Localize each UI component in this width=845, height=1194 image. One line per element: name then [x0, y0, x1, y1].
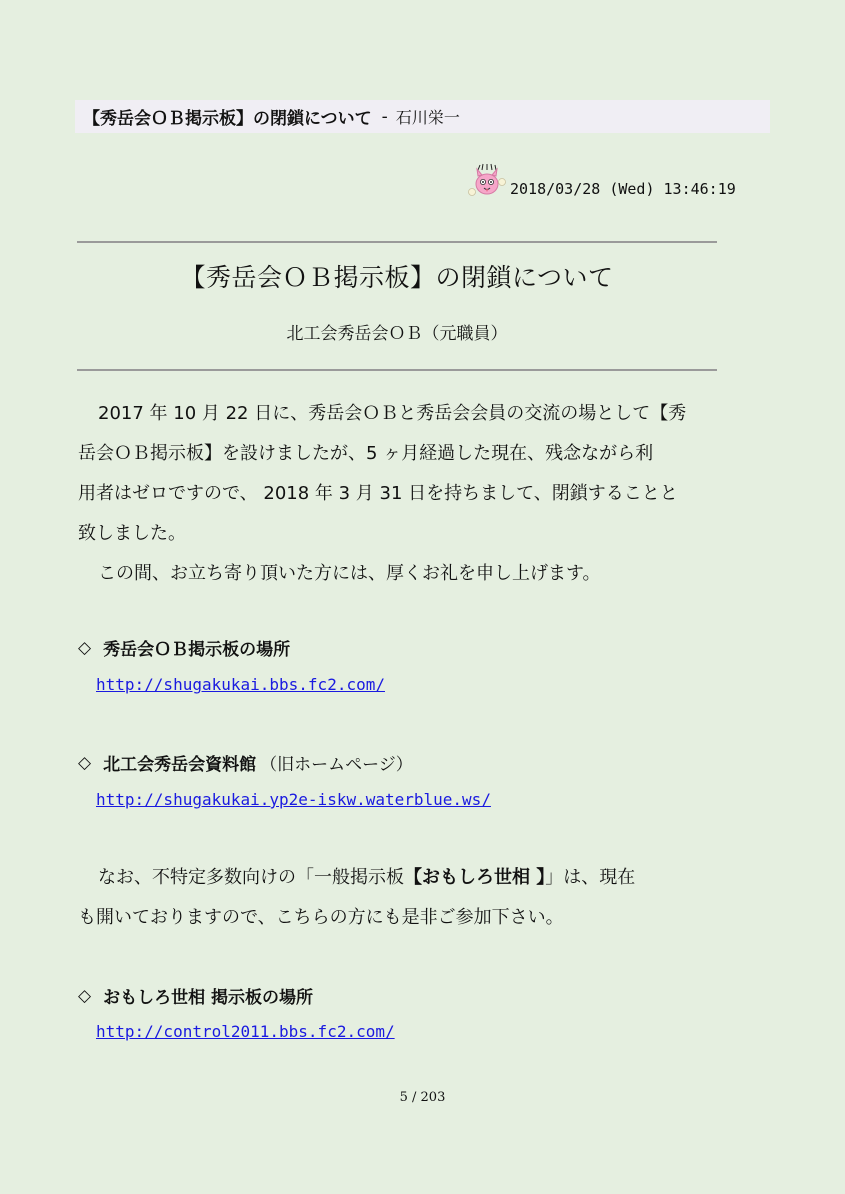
- omoshiro-link[interactable]: http://control2011.bbs.fc2.com/: [96, 1022, 395, 1041]
- note-line: なお、不特定多数向けの「一般掲示板【おもしろ世相 】」は、現在: [78, 858, 728, 898]
- post-title: 【秀岳会ＯＢ掲示板】の閉鎖について: [83, 104, 372, 129]
- bbs-link[interactable]: http://shugakukai.bbs.fc2.com/: [96, 675, 385, 694]
- section-title-text: 北工会秀岳会資料館: [103, 750, 256, 775]
- note-paragraph: なお、不特定多数向けの「一般掲示板【おもしろ世相 】」は、現在 も開いております…: [78, 858, 728, 938]
- article-heading: 【秀岳会ＯＢ掲示板】の閉鎖について: [77, 258, 717, 294]
- diamond-icon: ◇: [78, 638, 91, 658]
- title-separator: -: [382, 107, 388, 127]
- body-line: 岳会ＯＢ掲示板】を設けましたが、5 ヶ月経過した現在、残念ながら利: [78, 434, 728, 474]
- post-meta: 2018/03/28 (Wed) 13:46:19: [466, 162, 736, 198]
- note-text: 」は、現在: [545, 867, 635, 888]
- body-line: 致しました。: [78, 514, 728, 554]
- body-line: この間、お立ち寄り頂いた方には、厚くお礼を申し上げます。: [78, 554, 728, 594]
- diamond-icon: ◇: [78, 753, 91, 773]
- section-title-text: おもしろ世相 掲示板の場所: [103, 983, 313, 1008]
- note-line: も開いておりますので、こちらの方にも是非ご参加下さい。: [78, 898, 728, 938]
- note-text: なお、不特定多数向けの「一般掲示板: [98, 867, 404, 888]
- body-line: 用者はゼロですので、 2018 年 3 月 31 日を持ちまして、閉鎖することと: [78, 474, 728, 514]
- post-title-bar: 【秀岳会ＯＢ掲示板】の閉鎖について - 石川栄一: [75, 100, 770, 133]
- body-line: 2017 年 10 月 22 日に、秀岳会ＯＢと秀岳会会員の交流の場として【秀: [78, 394, 728, 434]
- bottom-divider: [77, 369, 717, 371]
- top-divider: [77, 241, 717, 243]
- pink-rabbit-icon: [466, 162, 508, 198]
- section-title-bbs: ◇ 秀岳会ＯＢ掲示板の場所: [78, 635, 290, 660]
- archive-link[interactable]: http://shugakukai.yp2e-iskw.waterblue.ws…: [96, 790, 491, 809]
- post-author: 石川栄一: [396, 105, 460, 128]
- diamond-icon: ◇: [78, 986, 91, 1006]
- article-subheading: 北工会秀岳会ＯＢ（元職員）: [77, 319, 717, 344]
- body-paragraph: 2017 年 10 月 22 日に、秀岳会ＯＢと秀岳会会員の交流の場として【秀 …: [78, 394, 728, 594]
- post-datetime: 2018/03/28 (Wed) 13:46:19: [510, 180, 736, 198]
- section-title-text: 秀岳会ＯＢ掲示板の場所: [103, 635, 290, 660]
- section-title-extra: （旧ホームページ）: [260, 750, 413, 775]
- section-title-archive: ◇ 北工会秀岳会資料館 （旧ホームページ）: [78, 750, 413, 775]
- note-bold-text: 【おもしろ世相 】: [404, 867, 545, 888]
- section-title-omoshiro: ◇ おもしろ世相 掲示板の場所: [78, 983, 313, 1008]
- page-number: 5 / 203: [0, 1090, 845, 1105]
